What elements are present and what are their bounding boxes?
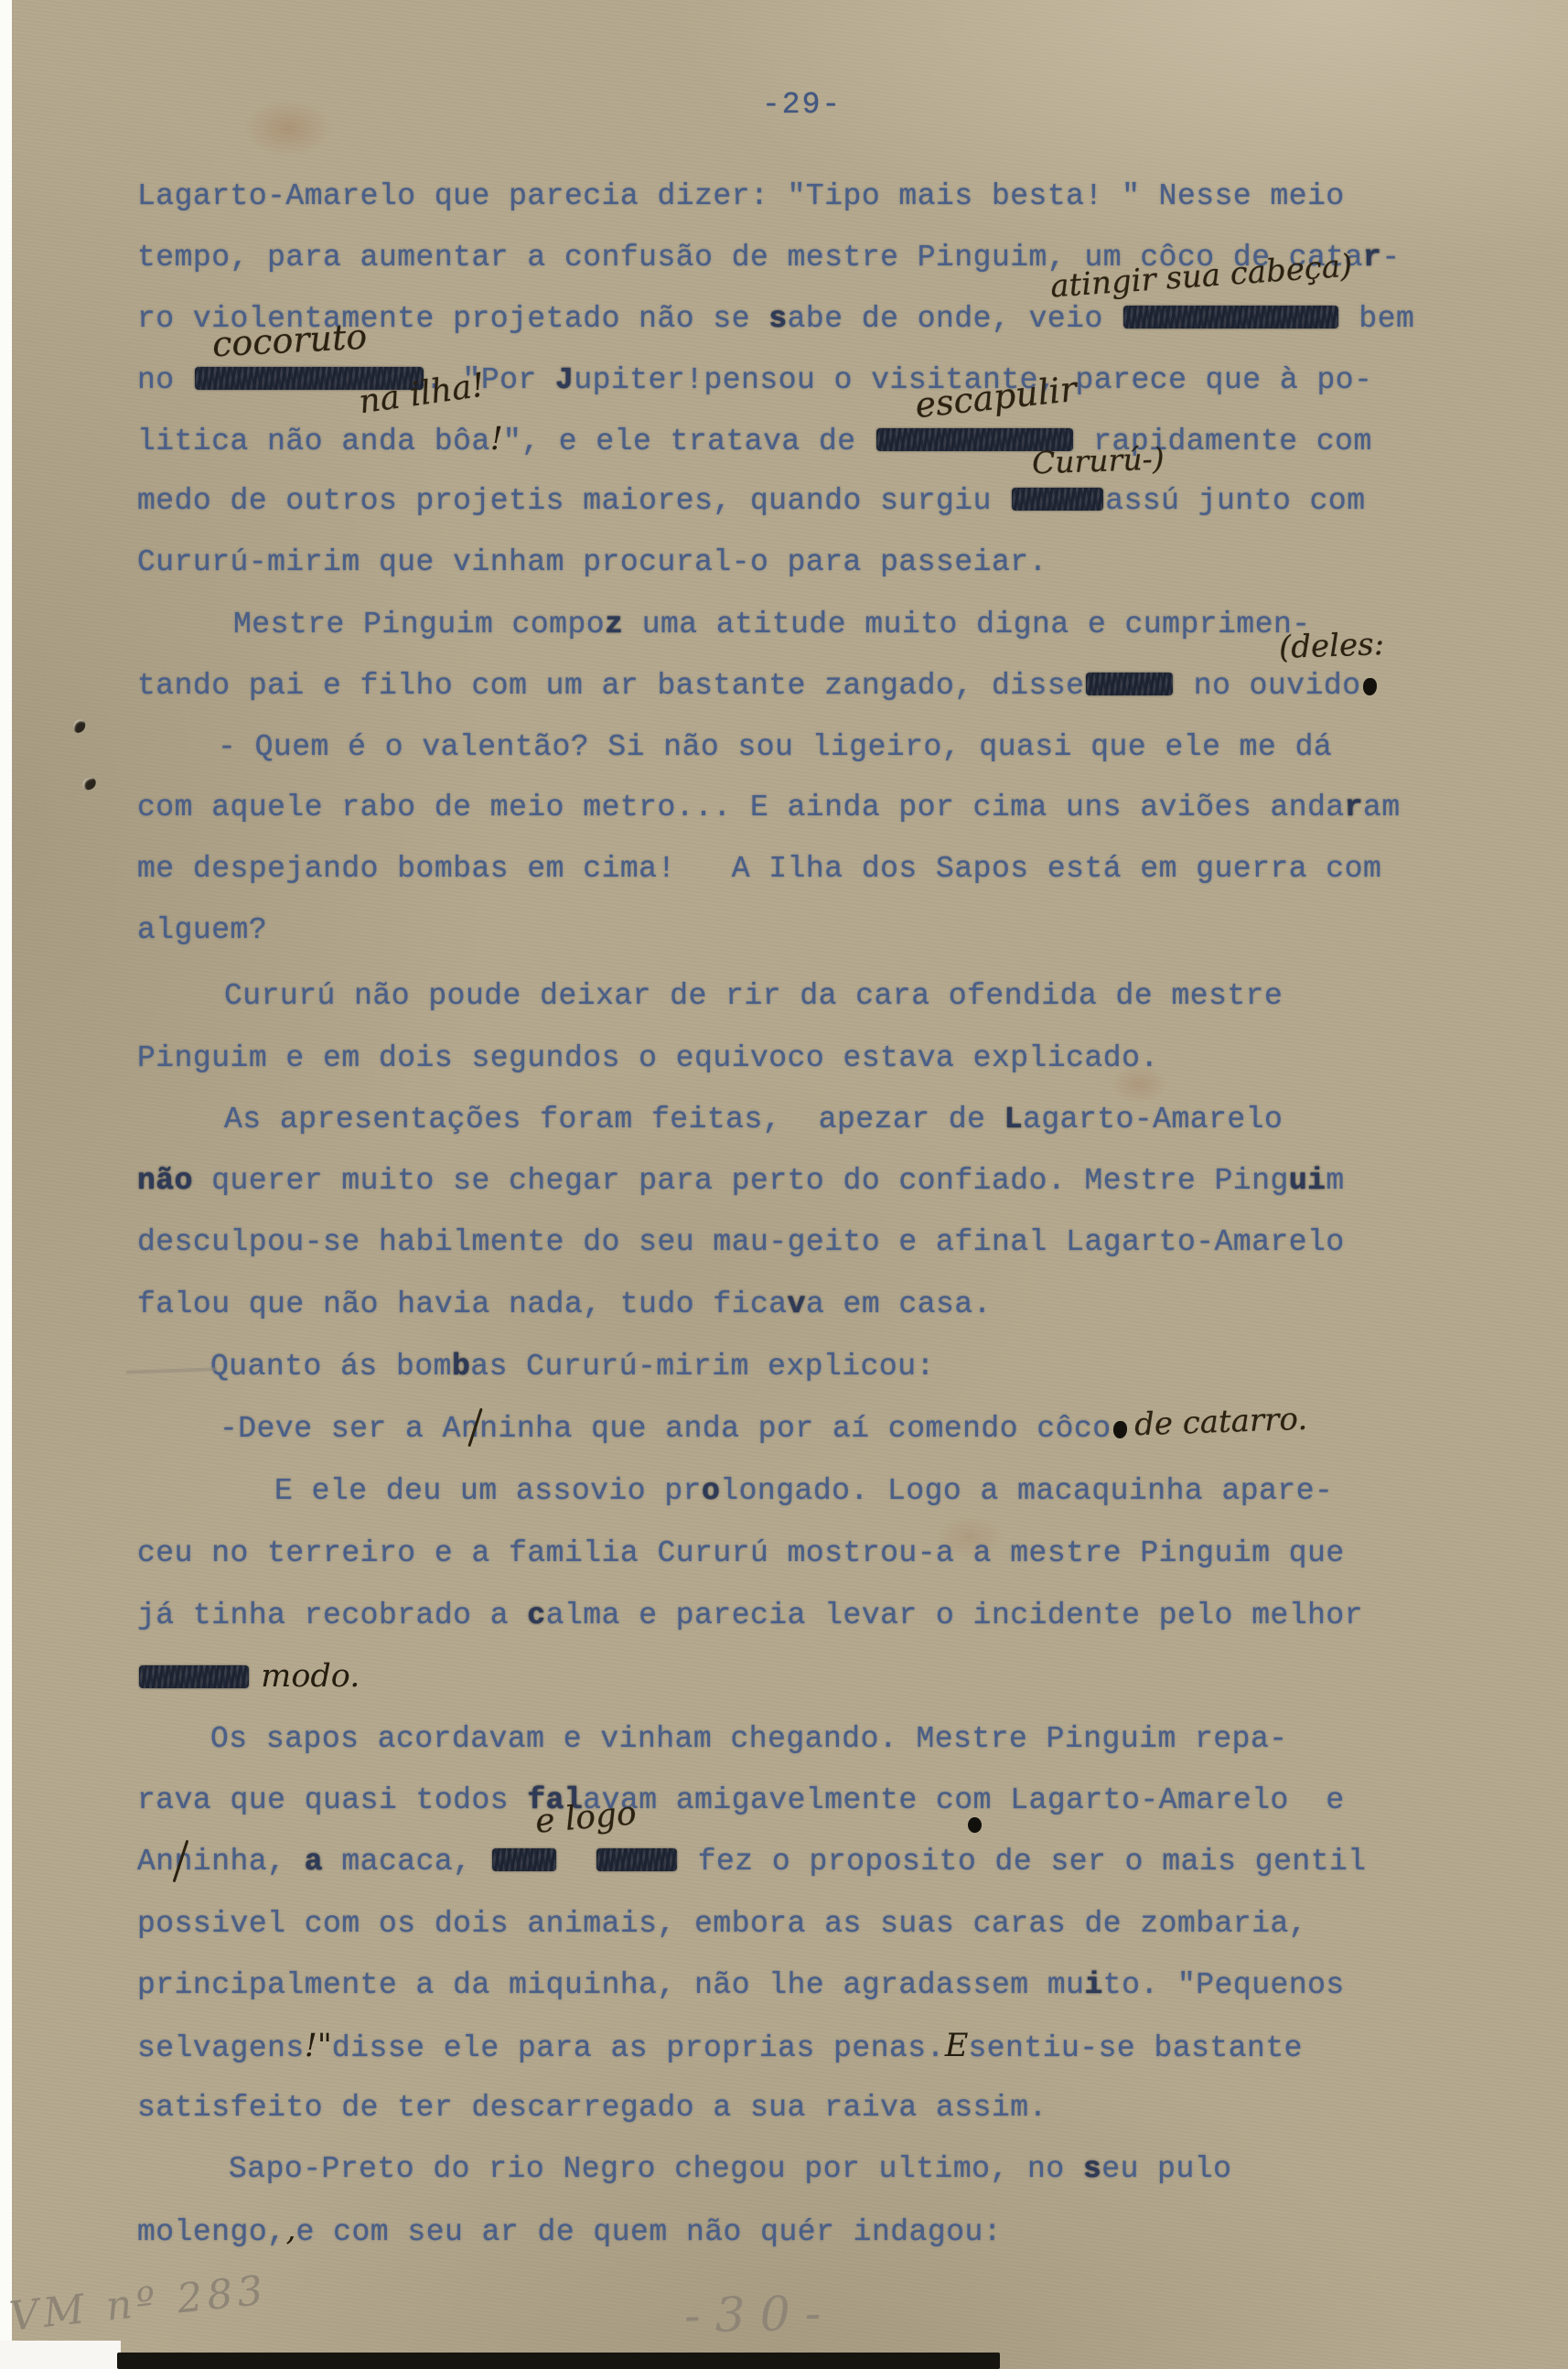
typed-text: no (137, 363, 193, 397)
typed-text: - Quem é o valentão? Si não sou ligeiro,… (218, 730, 1332, 764)
typed-text: molengo, (137, 2215, 285, 2249)
typewritten-line: molengo,,e com seu ar de quem não quér i… (137, 2215, 1002, 2247)
typewritten-line: tando pai e filho com um ar bastante zan… (137, 671, 1377, 701)
typed-text: as Cururú-mirim explicou: (470, 1350, 935, 1384)
scan-edge-bottom-dark (117, 2353, 1000, 2369)
ink-blot (1363, 678, 1377, 695)
typewritten-line: Mestre Pinguim compoz uma atitude muito … (233, 609, 1311, 640)
typed-text: i (1084, 1968, 1102, 2002)
typewritten-line: Os sapos acordavam e vinham chegando. Me… (210, 1724, 1288, 1754)
typed-text: Quanto ás bom (210, 1350, 452, 1384)
ink-strikeout (139, 1665, 249, 1688)
typed-text: possivel com os dois animais, embora as … (137, 1907, 1307, 1941)
typed-text: s (768, 302, 787, 336)
typed-text: Lagarto-Amarelo que parecia dizer: "Tipo… (137, 179, 1345, 213)
typed-text: J (555, 363, 574, 397)
typewritten-line: Sapo-Preto do rio Negro chegou por ultim… (229, 2154, 1231, 2184)
typed-text: Sapo-Preto do rio Negro chegou por ultim… (229, 2152, 1083, 2186)
typed-text: a em casa. (806, 1287, 992, 1321)
typewritten-line: possivel com os dois animais, embora as … (137, 1909, 1307, 1939)
typewritten-line: não querer muito se chegar para perto do… (137, 1166, 1345, 1196)
typewritten-line: alguem? (137, 915, 267, 945)
typed-text: agarto-Amarelo (1023, 1103, 1283, 1136)
handwritten-annotation: Cururú-) (1031, 440, 1165, 480)
typed-text: r (1345, 791, 1363, 824)
typewritten-line: principalmente a da miquinha, não lhe ag… (137, 1970, 1345, 2000)
speck-mark (81, 776, 98, 791)
typed-text: eu pulo (1101, 2152, 1231, 2186)
typed-text: s (1083, 2152, 1101, 2186)
ink-strikeout (1086, 673, 1173, 695)
typed-text: não (137, 1164, 193, 1198)
typed-text: abe de onde, veio (788, 302, 1122, 336)
typed-text: avam amigavelmente com Lagarto-Amarelo e (583, 1783, 1344, 1817)
typed-text: alguem? (137, 913, 267, 947)
typewritten-line: -Deve ser a Anninha que anda por aí come… (220, 1414, 1127, 1444)
typed-text: no ouvido (1175, 669, 1360, 703)
typed-text: rava que quasi todos (137, 1783, 527, 1817)
typed-text: disse ele para as proprias penas. (332, 2031, 945, 2065)
typed-text: litica não anda bôa (137, 425, 490, 458)
typewritten-line: ceu no terreiro e a familia Cururú mostr… (137, 1538, 1345, 1568)
typewritten-line: modo. (137, 1662, 360, 1694)
typed-text: ceu no terreiro e a familia Cururú mostr… (137, 1536, 1345, 1570)
typewritten-line: Cururú-mirim que vinham procural-o para … (137, 547, 1047, 577)
scan-edge-bottom-white (0, 2341, 121, 2369)
typed-text: desculpou-se habilmente do seu mau-geito… (137, 1225, 1345, 1259)
typed-text: m (1326, 1164, 1344, 1198)
typed-text: bem (1340, 302, 1414, 336)
speck-mark (72, 718, 86, 734)
typewritten-line: com aquele rabo de meio metro... E ainda… (137, 792, 1401, 823)
typed-text: Cururú não poude deixar de rir da cara o… (224, 979, 1283, 1013)
typed-text: - (1381, 241, 1400, 275)
typed-text: medo de outros projetis maiores, quando … (137, 484, 1010, 518)
typed-text: tando pai e filho com um ar bastante zan… (137, 669, 1084, 703)
typewritten-line: Pinguim e em dois segundos o equivoco es… (137, 1043, 1159, 1073)
typed-text: me despejando bombas em cima! A Ilha dos… (137, 852, 1381, 886)
typed-text: uma atitude muito digna e cumprimen- (623, 608, 1310, 641)
typed-text: Pinguim e em dois segundos o equivoco es… (137, 1041, 1159, 1075)
typed-text: Os sapos acordavam e vinham chegando. Me… (210, 1722, 1288, 1756)
scan-edge-left (0, 0, 12, 2369)
pencil-dash-mark (126, 1367, 218, 1373)
typed-text: macaca, (323, 1845, 490, 1879)
typed-text: c (527, 1599, 545, 1632)
handwritten-annotation: de catarro. (1133, 1401, 1307, 1444)
typed-text: -Deve ser a Anninha que anda por aí come… (220, 1412, 1112, 1446)
typewritten-line: satisfeito de ter descarregado a sua rai… (137, 2093, 1047, 2123)
typed-text: to. "Pequenos (1103, 1968, 1345, 2002)
ink-strikeout (492, 1848, 556, 1871)
typewritten-line: me despejando bombas em cima! A Ilha dos… (137, 854, 1381, 884)
typed-text: e com seu ar de quem não quér indagou: (296, 2215, 1003, 2249)
typewritten-line: Anninha, a macaca, fez o proposito de se… (137, 1847, 1367, 1877)
page-number-bottom: -30- (683, 2287, 835, 2344)
typed-text: longado. Logo a macaquinha apare- (720, 1474, 1333, 1508)
typewritten-line: Lagarto-Amarelo que parecia dizer: "Tipo… (137, 181, 1345, 211)
typed-text: a (305, 1845, 323, 1879)
ink-strikeout (1123, 306, 1338, 328)
archive-mark: VM nº 283 (7, 2267, 270, 2340)
page-number-top: -29- (762, 88, 842, 122)
typed-text: Mestre Pinguim compo (233, 608, 605, 641)
typed-text: querer muito se chegar para perto do con… (193, 1164, 1289, 1198)
typewritten-line: já tinha recobrado a calma e parecia lev… (137, 1600, 1363, 1631)
typewritten-line: E ele deu um assovio prolongado. Logo a … (274, 1476, 1333, 1506)
typewritten-line: rava que quasi todos falavam amigavelmen… (137, 1785, 1345, 1815)
typed-text: fez o proposito de ser o mais gentil (679, 1845, 1366, 1879)
typed-text: principalmente a da miquinha, não lhe ag… (137, 1968, 1084, 2002)
typed-text: com aquele rabo de meio metro... E ainda… (137, 791, 1345, 824)
typed-text: z (605, 608, 623, 641)
typewritten-line: Cururú não poude deixar de rir da cara o… (224, 981, 1283, 1011)
handwritten-annotation: e logo (533, 1794, 638, 1840)
typed-text: v (788, 1287, 806, 1321)
typewritten-line: As apresentações foram feitas, apezar de… (224, 1104, 1283, 1135)
handwritten-correction: , (285, 2212, 295, 2248)
typed-text: sentiu-se bastante (968, 2031, 1302, 2065)
manuscript-page: -29- Lagarto-Amarelo que parecia dizer: … (0, 0, 1568, 2369)
typed-text: selvagens (137, 2031, 305, 2065)
typewritten-line: Quanto ás bombas Cururú-mirim explicou: (210, 1351, 935, 1382)
typed-text: L (1004, 1103, 1023, 1136)
typed-text: o (702, 1474, 720, 1508)
typewritten-line: - Quem é o valentão? Si não sou ligeiro,… (218, 732, 1332, 762)
ink-blot (1113, 1421, 1127, 1438)
typed-text (558, 1845, 596, 1879)
typed-text: am (1363, 791, 1401, 824)
typed-text: ", e ele tratava de (503, 425, 875, 458)
typewritten-line: falou que não havia nada, tudo ficava em… (137, 1289, 992, 1319)
typed-text: r (1363, 241, 1381, 275)
typewritten-line: medo de outros projetis maiores, quando … (137, 486, 1366, 516)
typed-text: Anninha, (137, 1845, 305, 1879)
typewritten-line: desculpou-se habilmente do seu mau-geito… (137, 1227, 1345, 1257)
handwritten-correction: modo. (251, 1658, 360, 1695)
handwritten-correction: !" (305, 2028, 332, 2064)
handwritten-annotation: (deles: (1278, 626, 1384, 666)
typewritten-line: no . "Por Jupiter!pensou o visitante, pa… (137, 365, 1372, 395)
ink-strikeout (1012, 488, 1103, 511)
typed-text: já tinha recobrado a (137, 1599, 527, 1632)
typed-text: ui (1289, 1164, 1326, 1198)
typed-text: alma e parecia levar o incidente pelo me… (546, 1599, 1363, 1632)
handwritten-correction: ! (490, 421, 503, 458)
typed-text: satisfeito de ter descarregado a sua rai… (137, 2091, 1047, 2125)
typed-text: assú junto com (1105, 484, 1365, 518)
typed-text: b (452, 1350, 470, 1384)
typewritten-line: selvagens!"disse ele para as proprias pe… (137, 2031, 1303, 2063)
handwritten-correction: E (945, 2028, 969, 2064)
typed-text: As apresentações foram feitas, apezar de (224, 1103, 1004, 1136)
typed-text: falou que não havia nada, tudo fica (137, 1287, 788, 1321)
typed-text: Cururú-mirim que vinham procural-o para … (137, 545, 1047, 579)
typed-text: E ele deu um assovio pr (274, 1474, 702, 1508)
typewritten-line: litica não anda bôa!", e ele tratava de … (137, 425, 1372, 457)
inkdot-mark (968, 1817, 982, 1833)
ink-strikeout (596, 1848, 677, 1871)
handwritten-annotation: cocoruto (211, 317, 368, 365)
